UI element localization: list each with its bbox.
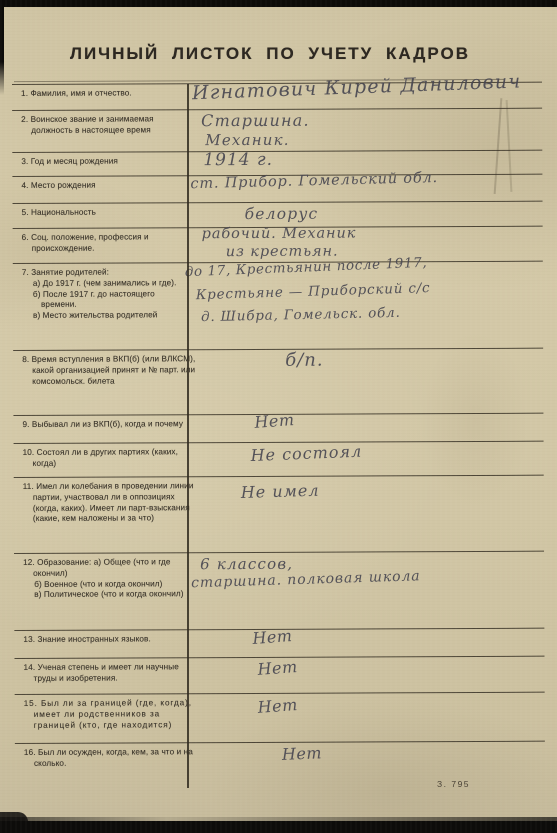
field-label-head: 7. Занятие родителей: (22, 267, 188, 279)
handwritten-answer: Не имел (240, 481, 319, 502)
field-label: 2. Воинское звание и занимаемая должност… (21, 114, 197, 136)
field-label: 7. Занятие родителей: а) До 1917 г. (чем… (22, 267, 188, 322)
scan-edge-top (0, 0, 557, 7)
form-row: 6. Соц. положение, профессия и происхожд… (13, 226, 543, 263)
field-label: 1. Фамилия, имя и отчество. (21, 88, 197, 100)
handwritten-answer: Нет (252, 626, 293, 648)
field-label: 15. Был ли за границей (где, когда), име… (24, 698, 200, 731)
field-label-subitem: в) Политическое (что и когда окончил) (23, 590, 189, 602)
form-row: 15. Был ли за границей (где, когда), име… (15, 692, 545, 743)
handwritten-answer: Не состоял (250, 442, 362, 465)
field-label: 8. Время вступления в ВКП(б) (или ВЛКСМ)… (22, 354, 198, 387)
field-label: 3. Год и месяц рождения (21, 156, 197, 168)
form-row: 14. Ученая степень и имеет ли научные тр… (15, 656, 545, 694)
form-row: 5. Национальность белорус (13, 201, 543, 228)
field-label: 10. Состоял ли в других партиях (каких, … (23, 447, 199, 469)
field-label: 9. Выбывал ли из ВКП(б), когда и почему (22, 419, 198, 431)
scanned-document: ЛИЧНЫЙ ЛИСТОК ПО УЧЕТУ КАДРОВ 1. Фамилия… (0, 0, 557, 833)
form-row: 10. Состоял ли в других партиях (каких, … (14, 441, 544, 477)
handwritten-answer: Крестьяне — Приборский с/с (196, 280, 431, 303)
form-row: 4. Место рождения ст. Прибор. Гомельский… (12, 174, 542, 203)
handwritten-answer: Старшина. (201, 111, 310, 130)
form-row: 1. Фамилия, имя и отчество. Игнатович Ки… (12, 82, 542, 110)
field-label: 5. Национальность (22, 207, 198, 219)
form-row: 7. Занятие родителей: а) До 1917 г. (чем… (13, 261, 543, 350)
field-label: 4. Место рождения (21, 180, 197, 192)
handwritten-answer: Механик. (205, 131, 290, 149)
page-title: ЛИЧНЫЙ ЛИСТОК ПО УЧЕТУ КАДРОВ (0, 44, 540, 64)
handwritten-answer: д. Шибра, Гомельск. обл. (201, 305, 401, 325)
handwritten-answer: Нет (254, 410, 295, 432)
field-label-subitem: в) Место жительства родителей (22, 311, 188, 323)
table-column-divider (187, 84, 189, 788)
form-row: 3. Год и месяц рождения 1914 г. (12, 150, 542, 176)
handwritten-answer: Нет (257, 657, 298, 679)
field-label-head: 12. Образование: а) Общее (что и где око… (23, 557, 189, 579)
handwritten-answer: 1914 г. (203, 150, 273, 170)
scan-edge-bottom (0, 821, 557, 833)
form-row: 11. Имел ли колебания в проведении линии… (14, 475, 544, 553)
field-label: 14. Ученая степень и имеет ли научные тр… (24, 662, 200, 684)
form-row: 13. Знание иностранных языков. Нет (14, 628, 544, 658)
field-label: 6. Соц. положение, профессия и происхожд… (22, 232, 198, 254)
field-label: 16. Был ли осужден, когда, кем, за что и… (24, 747, 200, 769)
handwritten-answer: 6 классов, (200, 555, 293, 573)
form-row: 2. Воинское звание и занимаемая должност… (12, 108, 542, 152)
form-table: 1. Фамилия, имя и отчество. Игнатович Ки… (12, 82, 545, 790)
field-label-subitem: б) После 1917 г. до настоящего времени. (22, 289, 188, 311)
handwritten-answer: из крестьян. (226, 244, 339, 260)
field-label-subitem: а) До 1917 г. (чем занимались и где). (22, 278, 188, 290)
field-label: 13. Знание иностранных языков. (23, 634, 199, 646)
field-label: 12. Образование: а) Общее (что и где око… (23, 557, 189, 601)
form-row: 8. Время вступления в ВКП(б) (или ВЛКСМ)… (13, 348, 543, 415)
handwritten-answer: б/п. (285, 350, 323, 371)
form-row: 9. Выбывал ли из ВКП(б), когда и почему … (13, 413, 543, 443)
print-order-code: З. 795 (437, 779, 470, 789)
handwritten-answer: белорус (245, 205, 319, 223)
handwritten-answer: рабочий. Механик (202, 225, 357, 242)
field-label: 11. Имел ли колебания в проведении линии… (23, 481, 199, 525)
handwritten-answer: Игнатович Кирей Данилович (192, 70, 522, 104)
handwritten-answer: Нет (257, 695, 298, 717)
handwritten-answer: Нет (282, 743, 323, 764)
form-row: 12. Образование: а) Общее (что и где око… (14, 551, 544, 630)
